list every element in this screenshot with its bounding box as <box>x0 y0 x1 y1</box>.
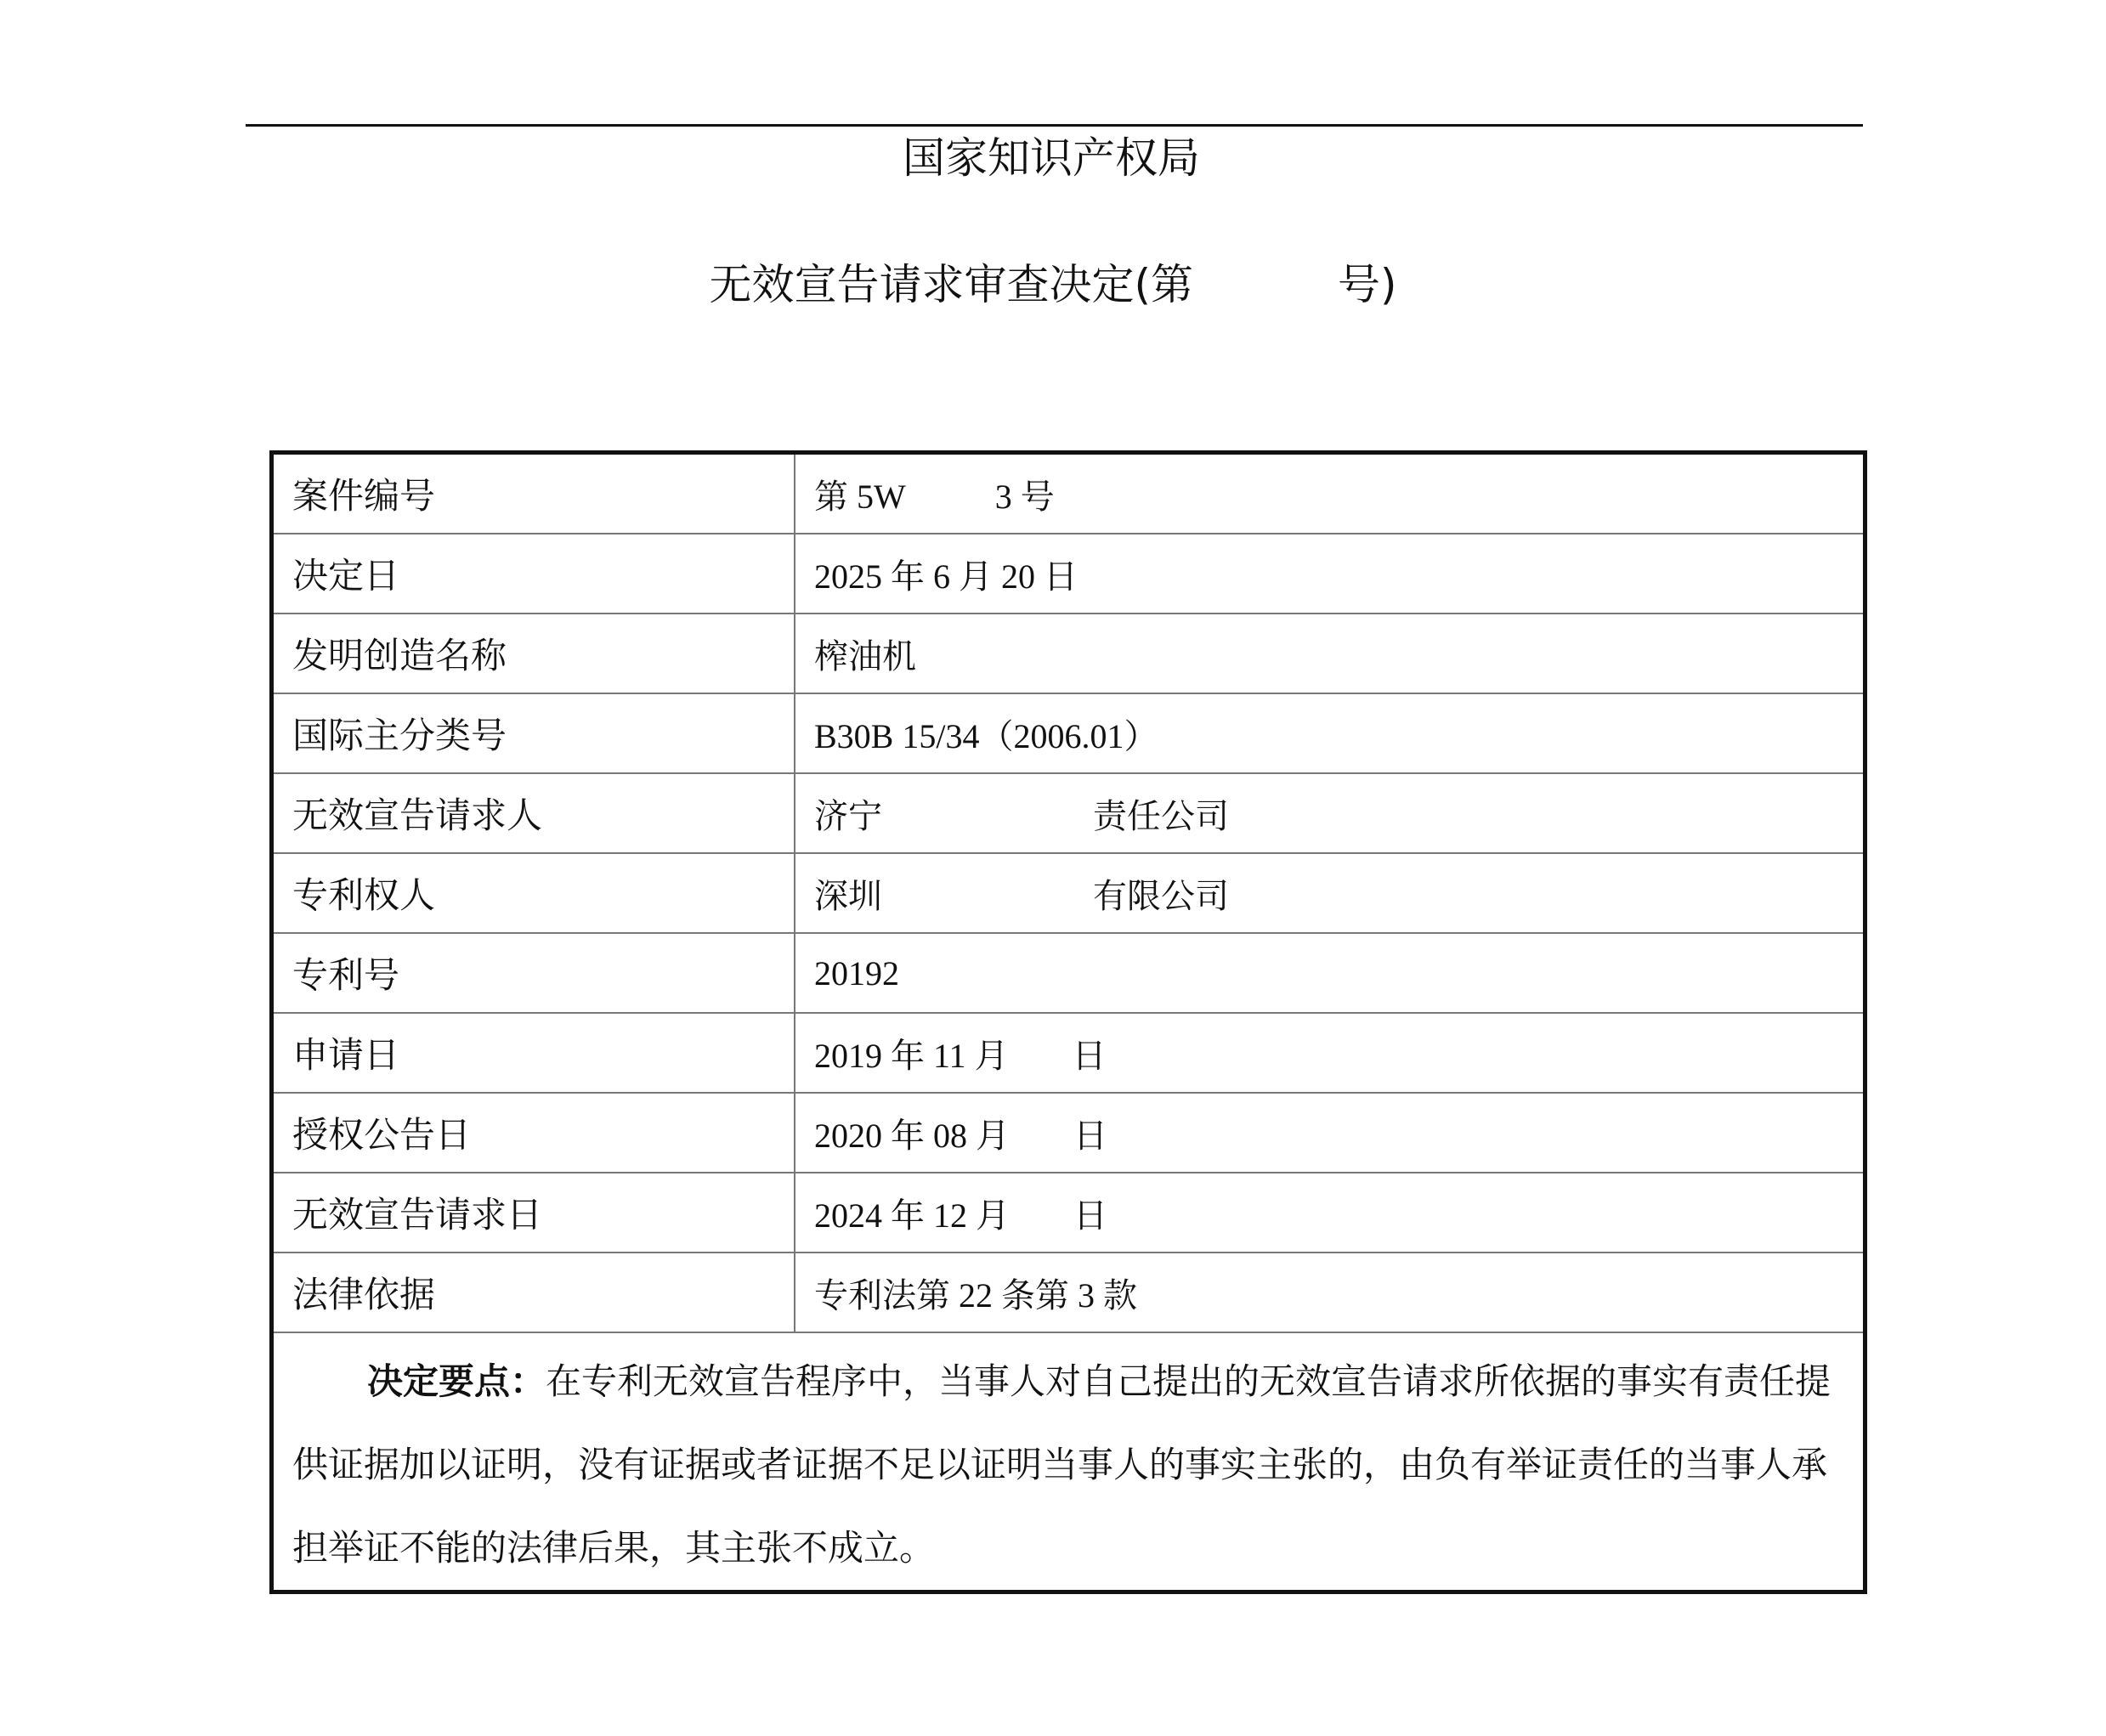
patent-number-value: 20192 <box>795 933 1865 1013</box>
row-label: 无效宣告请求人 <box>272 773 795 853</box>
table-row: 决定日 2025 年 6 月 20 日 <box>272 534 1865 614</box>
table-row: 专利号 20192 <box>272 933 1865 1013</box>
row-label: 法律依据 <box>272 1253 795 1332</box>
decision-points-row: 决定要点：在专利无效宣告程序中，当事人对自己提出的无效宣告请求所依据的事实有责任… <box>272 1332 1865 1592</box>
case-number-value: 第 5W3 号 <box>795 453 1865 534</box>
value-part: 有限公司 <box>1093 877 1229 915</box>
table-row: 发明创造名称 榨油机 <box>272 614 1865 693</box>
table-row: 国际主分类号 B30B 15/34（2006.01） <box>272 693 1865 773</box>
header-rule <box>246 124 1863 127</box>
value-part: 济宁 <box>814 797 882 835</box>
value-part: 2019 年 11 月 <box>814 1037 1009 1075</box>
value-part: 责任公司 <box>1093 797 1229 835</box>
decision-date-value: 2025 年 6 月 20 日 <box>795 534 1865 614</box>
table-row: 专利权人 深圳有限公司 <box>272 853 1865 933</box>
row-label: 专利号 <box>272 933 795 1013</box>
row-label: 决定日 <box>272 534 795 614</box>
table-row: 授权公告日 2020 年 08 月日 <box>272 1093 1865 1173</box>
requester-value: 济宁责任公司 <box>795 773 1865 853</box>
value-part: 2024 年 12 月 <box>814 1196 1010 1235</box>
row-label: 专利权人 <box>272 853 795 933</box>
patentee-value: 深圳有限公司 <box>795 853 1865 933</box>
row-label: 申请日 <box>272 1013 795 1093</box>
decision-points-heading: 决定要点： <box>292 1360 546 1402</box>
table-row: 无效宣告请求日 2024 年 12 月日 <box>272 1173 1865 1253</box>
value-part: 日 <box>1073 1196 1107 1235</box>
document-title: 无效宣告请求审查决定(第号) <box>0 259 2106 310</box>
table-row: 申请日 2019 年 11 月日 <box>272 1013 1865 1093</box>
invention-name-value: 榨油机 <box>795 614 1865 693</box>
agency-name: 国家知识产权局 <box>0 133 2104 184</box>
value-part: 3 号 <box>995 478 1055 516</box>
row-label: 国际主分类号 <box>272 693 795 773</box>
row-label: 无效宣告请求日 <box>272 1173 795 1253</box>
value-part: 2020 年 08 月 <box>814 1117 1010 1155</box>
document-title-suffix: 号) <box>1338 260 1397 309</box>
value-part: 深圳 <box>814 877 882 915</box>
table-row: 法律依据 专利法第 22 条第 3 款 <box>272 1253 1865 1332</box>
row-label: 案件编号 <box>272 453 795 534</box>
application-date-value: 2019 年 11 月日 <box>795 1013 1865 1093</box>
request-date-value: 2024 年 12 月日 <box>795 1173 1865 1253</box>
decision-info-table: 案件编号 第 5W3 号 决定日 2025 年 6 月 20 日 发明创造名称 … <box>269 450 1867 1594</box>
value-part: 日 <box>1073 1117 1107 1155</box>
grant-date-value: 2020 年 08 月日 <box>795 1093 1865 1173</box>
table-row: 无效宣告请求人 济宁责任公司 <box>272 773 1865 853</box>
decision-points: 决定要点：在专利无效宣告程序中，当事人对自己提出的无效宣告请求所依据的事实有责任… <box>272 1332 1865 1592</box>
table-row: 案件编号 第 5W3 号 <box>272 453 1865 534</box>
value-part: 第 5W <box>814 478 906 516</box>
legal-basis-value: 专利法第 22 条第 3 款 <box>795 1253 1865 1332</box>
row-label: 授权公告日 <box>272 1093 795 1173</box>
value-part: 日 <box>1073 1037 1107 1075</box>
row-label: 发明创造名称 <box>272 614 795 693</box>
document-title-prefix: 无效宣告请求审查决定(第 <box>709 260 1193 309</box>
ipc-value: B30B 15/34（2006.01） <box>795 693 1865 773</box>
